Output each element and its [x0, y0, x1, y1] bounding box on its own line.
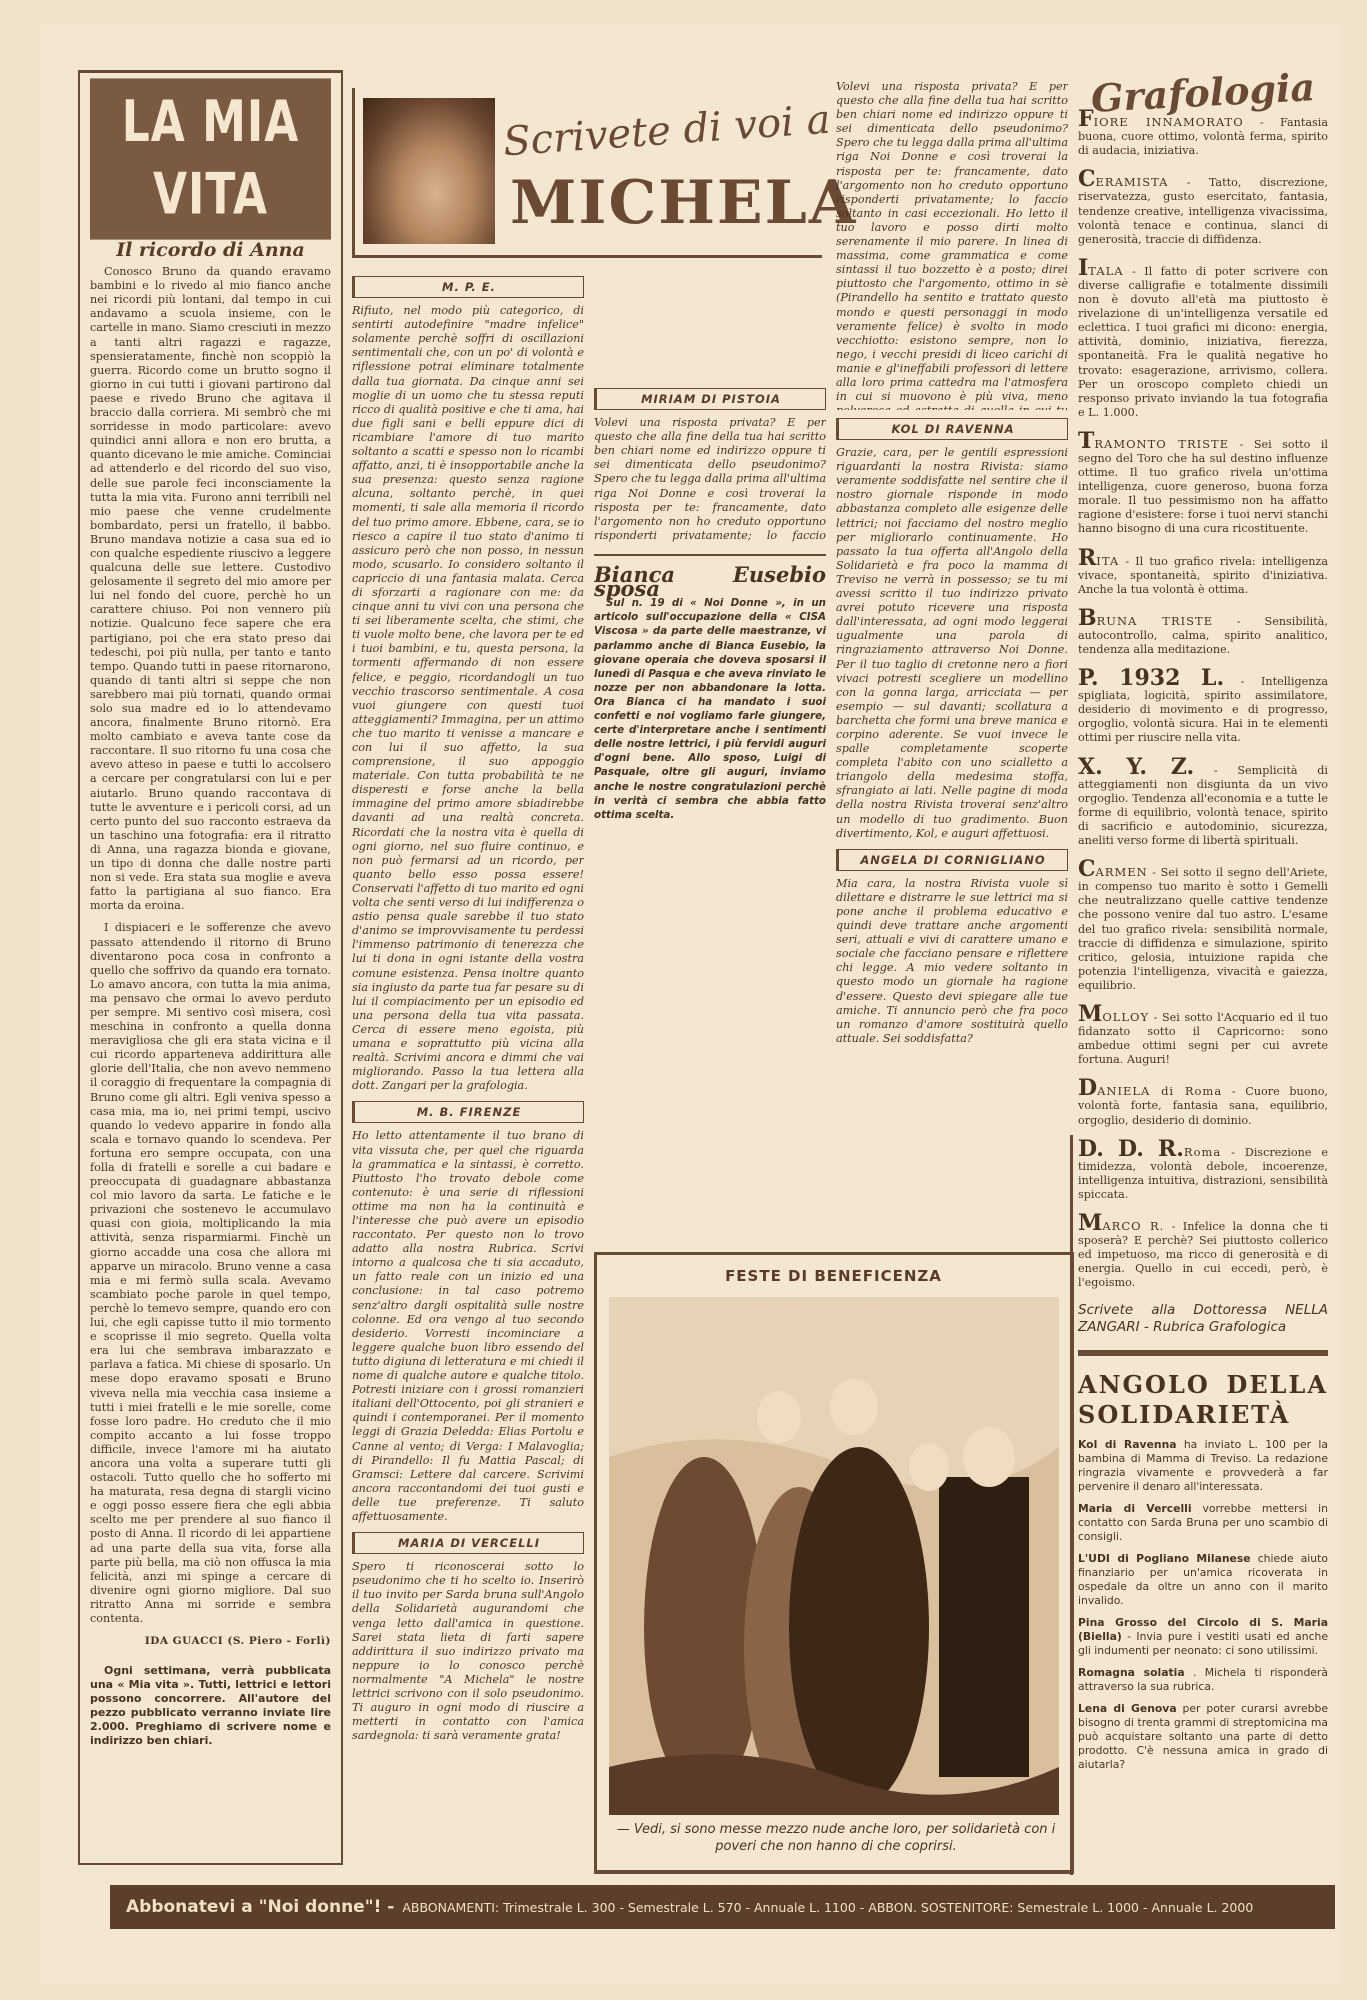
solidarity-item: L'UDI di Pogliano Milanese chiede aiuto …: [1078, 1552, 1328, 1608]
graf-entry: CERAMISTA - Tatto, discrezione, riservat…: [1078, 170, 1328, 246]
graf-entry: TRAMONTO TRISTE - Sei sotto il segno del…: [1078, 432, 1328, 537]
cartoon-box: FESTE DI BENEFICENZA — Vedi, si sono mes…: [594, 1252, 1074, 1874]
graf-entry: BRUNA TRISTE - Sensibilità, autocontroll…: [1078, 609, 1328, 657]
letter-reply-continued: Volevi una risposta privata? E per quest…: [836, 80, 1068, 410]
subscription-prices: ABBONAMENTI: Trimestrale L. 300 - Semest…: [402, 1900, 1253, 1915]
michela-title: MICHELA: [510, 168, 857, 238]
letter-reply: Spero ti riconoscerai sotto lo pseudonim…: [352, 1560, 584, 1743]
cartoon-caption: — Vedi, si sono messe mezzo nude anche l…: [613, 1821, 1059, 1855]
angolo-title: ANGOLO DELLA SOLIDARIETÀ: [1078, 1370, 1328, 1430]
grafologia-title: Grafologia: [1078, 79, 1328, 106]
subscription-lead: Abbonatevi a "Noi donne"! -: [126, 1897, 394, 1917]
solidarity-item: Romagna solatia . Michela ti risponderà …: [1078, 1666, 1328, 1694]
letter-reply: Grazie, cara, per le gentili espressioni…: [836, 446, 1068, 841]
script-title: Scrivete di voi a: [502, 97, 832, 166]
graf-entry: CARMEN - Sei sotto il segno dell'Ariete,…: [1078, 860, 1328, 993]
story-paragraph: I dispiaceri e le sofferenze che avevo p…: [90, 921, 331, 1626]
bianca-title: Bianca Eusebio sposa: [594, 554, 826, 596]
graf-entry: DANIELA di Roma - Cuore buono, volontà f…: [1078, 1079, 1328, 1127]
cartoon-title: FESTE DI BENEFICENZA: [597, 1255, 1070, 1293]
letter-heading: M. P. E.: [352, 276, 584, 298]
letter-reply: Volevi una risposta privata? E per quest…: [594, 416, 826, 544]
subscription-banner: Abbonatevi a "Noi donne"! - ABBONAMENTI:…: [110, 1885, 1335, 1929]
letter-reply: Mia cara, la nostra Rivista vuole sì dil…: [836, 877, 1068, 1046]
contest-note: Ogni settimana, verrà pubblicata una « M…: [90, 1664, 331, 1748]
bianca-article: Sul n. 19 di « Noi Donne », in un artico…: [594, 596, 826, 822]
story-title: Il ricordo di Anna: [90, 243, 331, 257]
michela-header: Scrivete di voi a MICHELA: [352, 88, 822, 258]
letters-column-1: M. P. E. Rifiuto, nel modo più categoric…: [352, 268, 584, 1868]
grafologia-column: Grafologia FIORE INNAMORATO - Fantasia b…: [1078, 80, 1328, 1780]
letter-reply: Rifiuto, nel modo più categorico, di sen…: [352, 304, 584, 1093]
graf-entry: D. D. R.Roma - Discrezione e timidezza, …: [1078, 1140, 1328, 1202]
portrait-photo: [363, 98, 495, 244]
letters-column-2: MIRIAM DI PISTOIA Volevi una risposta pr…: [594, 268, 826, 998]
graf-entry: P. 1932 L. - Intelligenza spigliata, log…: [1078, 669, 1328, 745]
grafologia-signoff: Scrivete alla Dottoressa NELLA ZANGARI -…: [1078, 1302, 1328, 1336]
letter-heading: MARIA DI VERCELLI: [352, 1532, 584, 1554]
angolo-solidarieta: ANGOLO DELLA SOLIDARIETÀ Kol di Ravenna …: [1078, 1350, 1328, 1772]
story-signature: IDA GUACCI (S. Piero - Forlì): [90, 1634, 331, 1648]
la-mia-vita-banner: LA MIA VITA: [90, 78, 331, 239]
letters-column-3: Volevi una risposta privata? E per quest…: [836, 80, 1068, 1240]
solidarity-item: Lena di Genova per poter curarsi avrebbe…: [1078, 1702, 1328, 1772]
graf-entry: MARCO R. - Infelice la donna che ti spos…: [1078, 1214, 1328, 1290]
column-divider: [1070, 1135, 1073, 1875]
graf-entry: RITA - Il tuo grafico rivela: intelligen…: [1078, 549, 1328, 597]
letter-heading: MIRIAM DI PISTOIA: [594, 388, 826, 410]
story-paragraph: Conosco Bruno da quando eravamo bambini …: [90, 265, 331, 913]
graf-entry: ITALA - Il fatto di poter scrivere con d…: [1078, 259, 1328, 420]
letter-heading: M. B. FIRENZE: [352, 1101, 584, 1123]
letter-heading: ANGELA DI CORNIGLIANO: [836, 849, 1068, 871]
cartoon-illustration: [609, 1297, 1059, 1815]
graf-entry: X. Y. Z. - Semplicità di atteggiamenti n…: [1078, 758, 1328, 849]
la-mia-vita-column: LA MIA VITA Il ricordo di Anna Conosco B…: [78, 70, 343, 1865]
letter-heading: KOL DI RAVENNA: [836, 418, 1068, 440]
solidarity-item: Maria di Vercelli vorrebbe mettersi in c…: [1078, 1502, 1328, 1544]
graf-entry: MOLLOY - Sei sotto l'Acquario ed il tuo …: [1078, 1005, 1328, 1067]
letter-reply: Ho letto attentamente il tuo brano di vi…: [352, 1129, 584, 1524]
solidarity-item: Pina Grosso del Circolo di S. Maria (Bie…: [1078, 1616, 1328, 1658]
solidarity-item: Kol di Ravenna ha inviato L. 100 per la …: [1078, 1438, 1328, 1494]
